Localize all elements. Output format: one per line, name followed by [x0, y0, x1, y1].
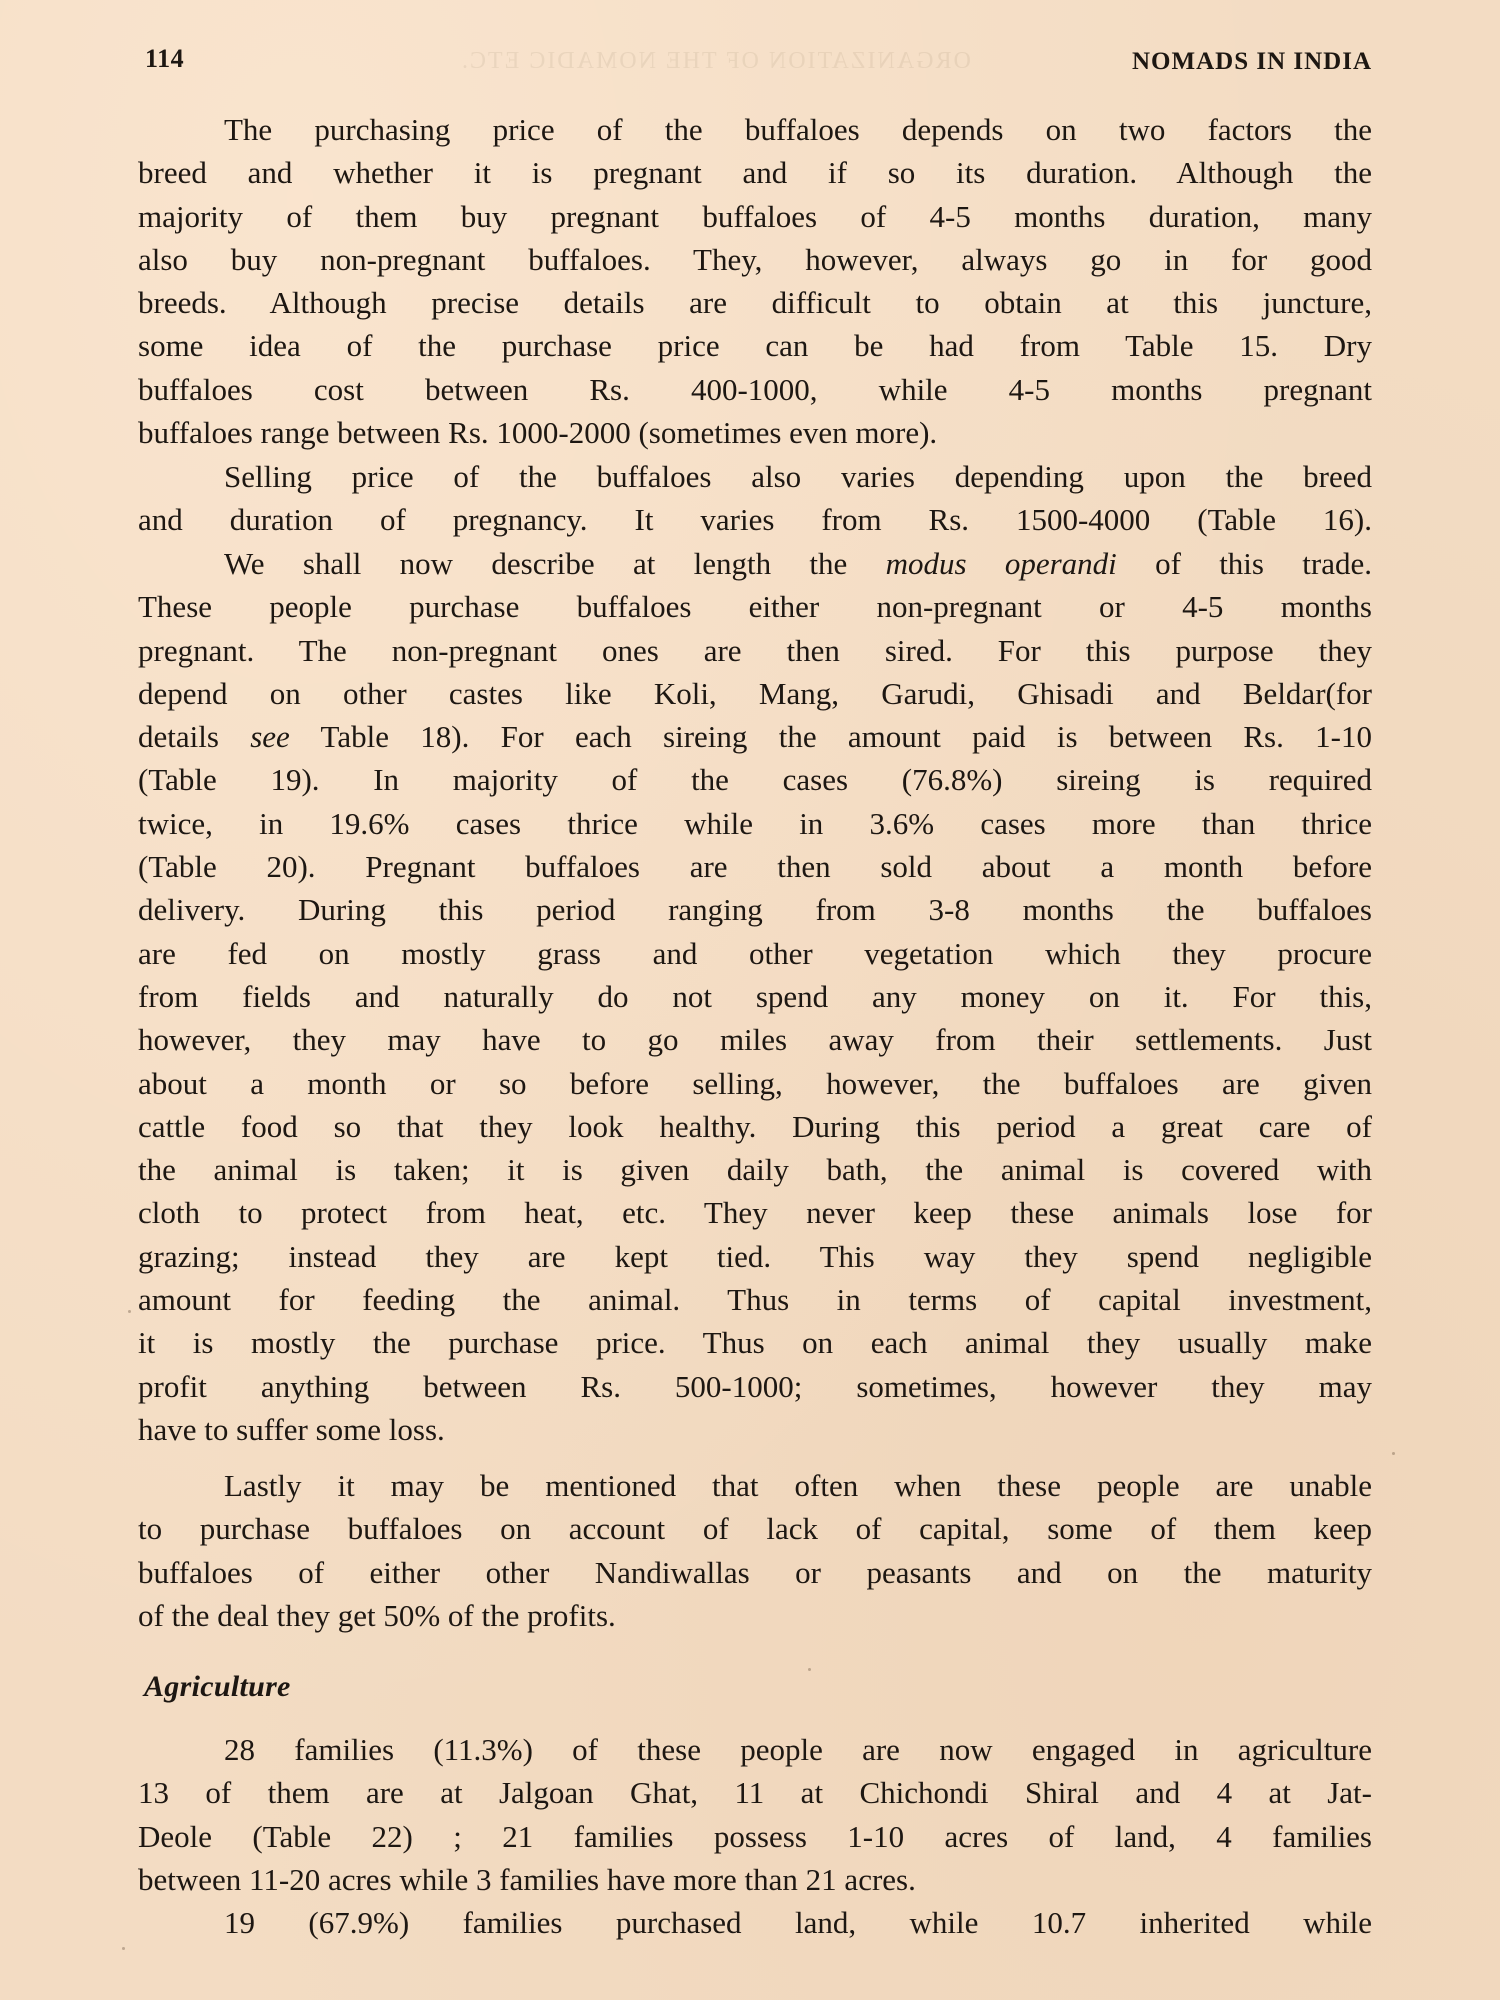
- text-line: grazing; instead they are kept tied. Thi…: [138, 1235, 1372, 1278]
- text-line: about a month or so before selling, howe…: [138, 1062, 1372, 1105]
- paper-speck: [122, 1947, 125, 1950]
- book-page: ORGANIZATION OF THE NOMADIC ETC. 114 NOM…: [0, 0, 1500, 2000]
- text-line: Lastly it may be mentioned that often wh…: [138, 1464, 1372, 1507]
- text-line: some idea of the purchase price can be h…: [138, 324, 1372, 367]
- text-line: the animal is taken; it is given daily b…: [138, 1148, 1372, 1191]
- italic-term: see: [250, 719, 290, 754]
- paragraph-modus-operandi: We shall now describe at length the modu…: [138, 542, 1372, 1451]
- text-line: 13 of them are at Jalgoan Ghat, 11 at Ch…: [138, 1771, 1372, 1814]
- text-line: 28 families (11.3%) of these people are …: [138, 1728, 1372, 1771]
- text-line: however, they may have to go miles away …: [138, 1018, 1372, 1061]
- running-title: NOMADS IN INDIA: [1132, 48, 1372, 76]
- text-line: have to suffer some loss.: [138, 1408, 1372, 1451]
- text-line: cloth to protect from heat, etc. They ne…: [138, 1191, 1372, 1234]
- text-line: Deole (Table 22) ; 21 families possess 1…: [138, 1815, 1372, 1858]
- text-line: breed and whether it is pregnant and if …: [138, 151, 1372, 194]
- text-line: twice, in 19.6% cases thrice while in 3.…: [138, 802, 1372, 845]
- text-line: pregnant. The non-pregnant ones are then…: [138, 629, 1372, 672]
- paragraph-agriculture-families: 28 families (11.3%) of these people are …: [138, 1728, 1372, 1901]
- text-run: details: [138, 719, 250, 754]
- text-run: Table 18). For each sireing the amount p…: [290, 719, 1372, 754]
- text-line: to purchase buffaloes on account of lack…: [138, 1507, 1372, 1550]
- text-line: delivery. During this period ranging fro…: [138, 888, 1372, 931]
- text-line: buffaloes of either other Nandiwallas or…: [138, 1551, 1372, 1594]
- text-line: also buy non-pregnant buffaloes. They, h…: [138, 238, 1372, 281]
- text-line: between 11-20 acres while 3 families hav…: [138, 1858, 1372, 1901]
- text-line: (Table 19). In majority of the cases (76…: [138, 758, 1372, 801]
- text-line: details see Table 18). For each sireing …: [138, 715, 1372, 758]
- section-heading-agriculture: Agriculture: [144, 1670, 291, 1704]
- text-line: amount for feeding the animal. Thus in t…: [138, 1278, 1372, 1321]
- text-line: are fed on mostly grass and other vegeta…: [138, 932, 1372, 975]
- text-line: The purchasing price of the buffaloes de…: [138, 108, 1372, 151]
- text-line: (Table 20). Pregnant buffaloes are then …: [138, 845, 1372, 888]
- text-line: it is mostly the purchase price. Thus on…: [138, 1321, 1372, 1364]
- paper-speck: [808, 1668, 811, 1671]
- text-line: These people purchase buffaloes either n…: [138, 585, 1372, 628]
- text-run: of this trade.: [1117, 546, 1372, 581]
- text-line: Selling price of the buffaloes also vari…: [138, 455, 1372, 498]
- text-line: 19 (67.9%) families purchased land, whil…: [138, 1901, 1372, 1944]
- paragraph-land-acquisition: 19 (67.9%) families purchased land, whil…: [138, 1901, 1372, 1944]
- page-number: 114: [145, 44, 184, 74]
- text-line: majority of them buy pregnant buffaloes …: [138, 195, 1372, 238]
- text-line: breeds. Although precise details are dif…: [138, 281, 1372, 324]
- paper-speck: [128, 1310, 131, 1313]
- text-line: from fields and naturally do not spend a…: [138, 975, 1372, 1018]
- text-line: cattle food so that they look healthy. D…: [138, 1105, 1372, 1148]
- text-line: and duration of pregnancy. It varies fro…: [138, 498, 1372, 541]
- text-run: We shall now describe at length the: [224, 546, 886, 581]
- text-line: profit anything between Rs. 500-1000; so…: [138, 1365, 1372, 1408]
- italic-term: modus operandi: [886, 546, 1117, 581]
- text-line: buffaloes cost between Rs. 400-1000, whi…: [138, 368, 1372, 411]
- paragraph-selling-price: Selling price of the buffaloes also vari…: [138, 455, 1372, 542]
- paper-speck: [1392, 1452, 1395, 1455]
- text-line: depend on other castes like Koli, Mang, …: [138, 672, 1372, 715]
- text-line: of the deal they get 50% of the profits.: [138, 1594, 1372, 1637]
- running-header: 114 NOMADS IN INDIA: [145, 44, 1372, 84]
- text-line: We shall now describe at length the modu…: [138, 542, 1372, 585]
- text-line: buffaloes range between Rs. 1000-2000 (s…: [138, 411, 1372, 454]
- paragraph-lack-of-capital: Lastly it may be mentioned that often wh…: [138, 1464, 1372, 1637]
- paragraph-purchase-price: The purchasing price of the buffaloes de…: [138, 108, 1372, 454]
